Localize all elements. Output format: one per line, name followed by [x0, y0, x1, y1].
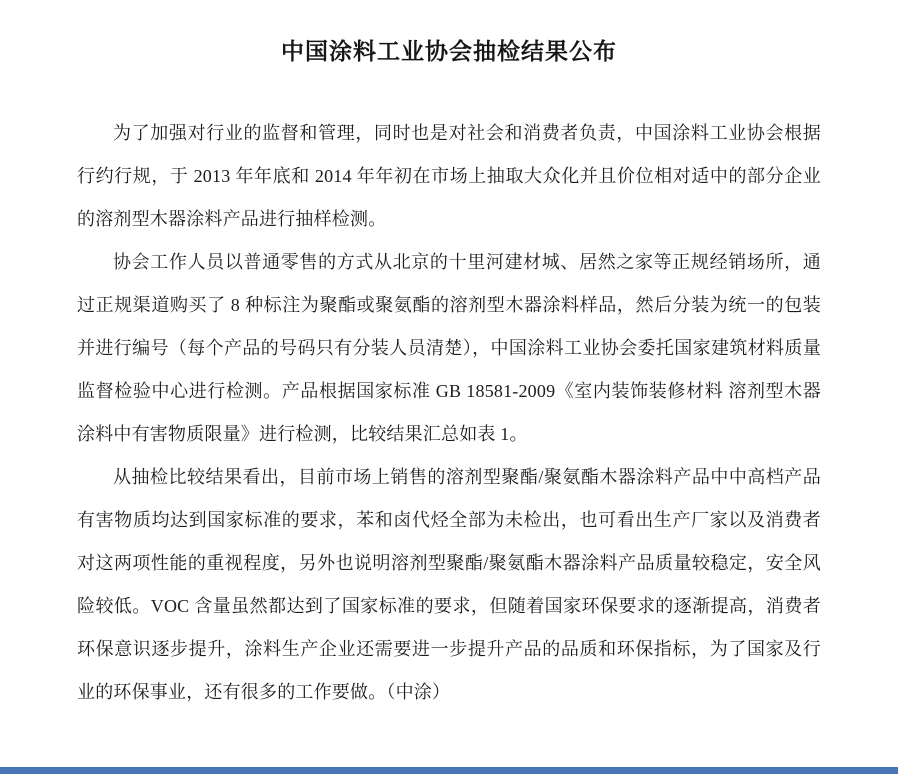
text-line: 有害物质均达到国家标准的要求，苯和卤代烃全部为未检出，也可看出生产厂家以及消费者: [77, 499, 821, 542]
text-line: 对这两项性能的重视程度，另外也说明溶剂型聚酯/聚氨酯木器涂料产品质量较稳定，安全…: [77, 542, 821, 585]
text-line: 并进行编号（每个产品的号码只有分装人员清楚），中国涂料工业协会委托国家建筑材料质…: [77, 327, 821, 370]
text-line: 行约行规，于 2013 年年底和 2014 年年初在市场上抽取大众化并且价位相对…: [77, 155, 821, 198]
paragraph: 为了加强对行业的监督和管理，同时也是对社会和消费者负责，中国涂料工业协会根据 行…: [77, 112, 821, 241]
document-title: 中国涂料工业协会抽检结果公布: [0, 33, 898, 66]
text-line: 环保意识逐步提升，涂料生产企业还需要进一步提升产品的品质和环保指标，为了国家及行: [77, 628, 821, 671]
text-line: 过正规渠道购买了 8 种标注为聚酯或聚氨酯的溶剂型木器涂料样品，然后分装为统一的…: [77, 284, 821, 327]
footer-accent-bar: [0, 767, 898, 774]
text-line: 从抽检比较结果看出，目前市场上销售的溶剂型聚酯/聚氨酯木器涂料产品中中高档产品: [77, 456, 821, 499]
text-line: 的溶剂型木器涂料产品进行抽样检测。: [77, 198, 821, 241]
text-line: 为了加强对行业的监督和管理，同时也是对社会和消费者负责，中国涂料工业协会根据: [77, 112, 821, 155]
text-line: 监督检验中心进行检测。产品根据国家标准 GB 18581-2009《室内装饰装修…: [77, 370, 821, 413]
text-line: 协会工作人员以普通零售的方式从北京的十里河建材城、居然之家等正规经销场所，通: [77, 241, 821, 284]
text-line: 险较低。VOC 含量虽然都达到了国家标准的要求，但随着国家环保要求的逐渐提高，消…: [77, 585, 821, 628]
paragraph: 协会工作人员以普通零售的方式从北京的十里河建材城、居然之家等正规经销场所，通 过…: [77, 241, 821, 456]
text-line: 涂料中有害物质限量》进行检测，比较结果汇总如表 1。: [77, 413, 821, 456]
document-page: 中国涂料工业协会抽检结果公布 为了加强对行业的监督和管理，同时也是对社会和消费者…: [0, 0, 898, 774]
text-line: 业的环保事业，还有很多的工作要做。（中涂）: [77, 671, 821, 714]
document-body: 为了加强对行业的监督和管理，同时也是对社会和消费者负责，中国涂料工业协会根据 行…: [77, 112, 821, 714]
paragraph: 从抽检比较结果看出，目前市场上销售的溶剂型聚酯/聚氨酯木器涂料产品中中高档产品 …: [77, 456, 821, 714]
